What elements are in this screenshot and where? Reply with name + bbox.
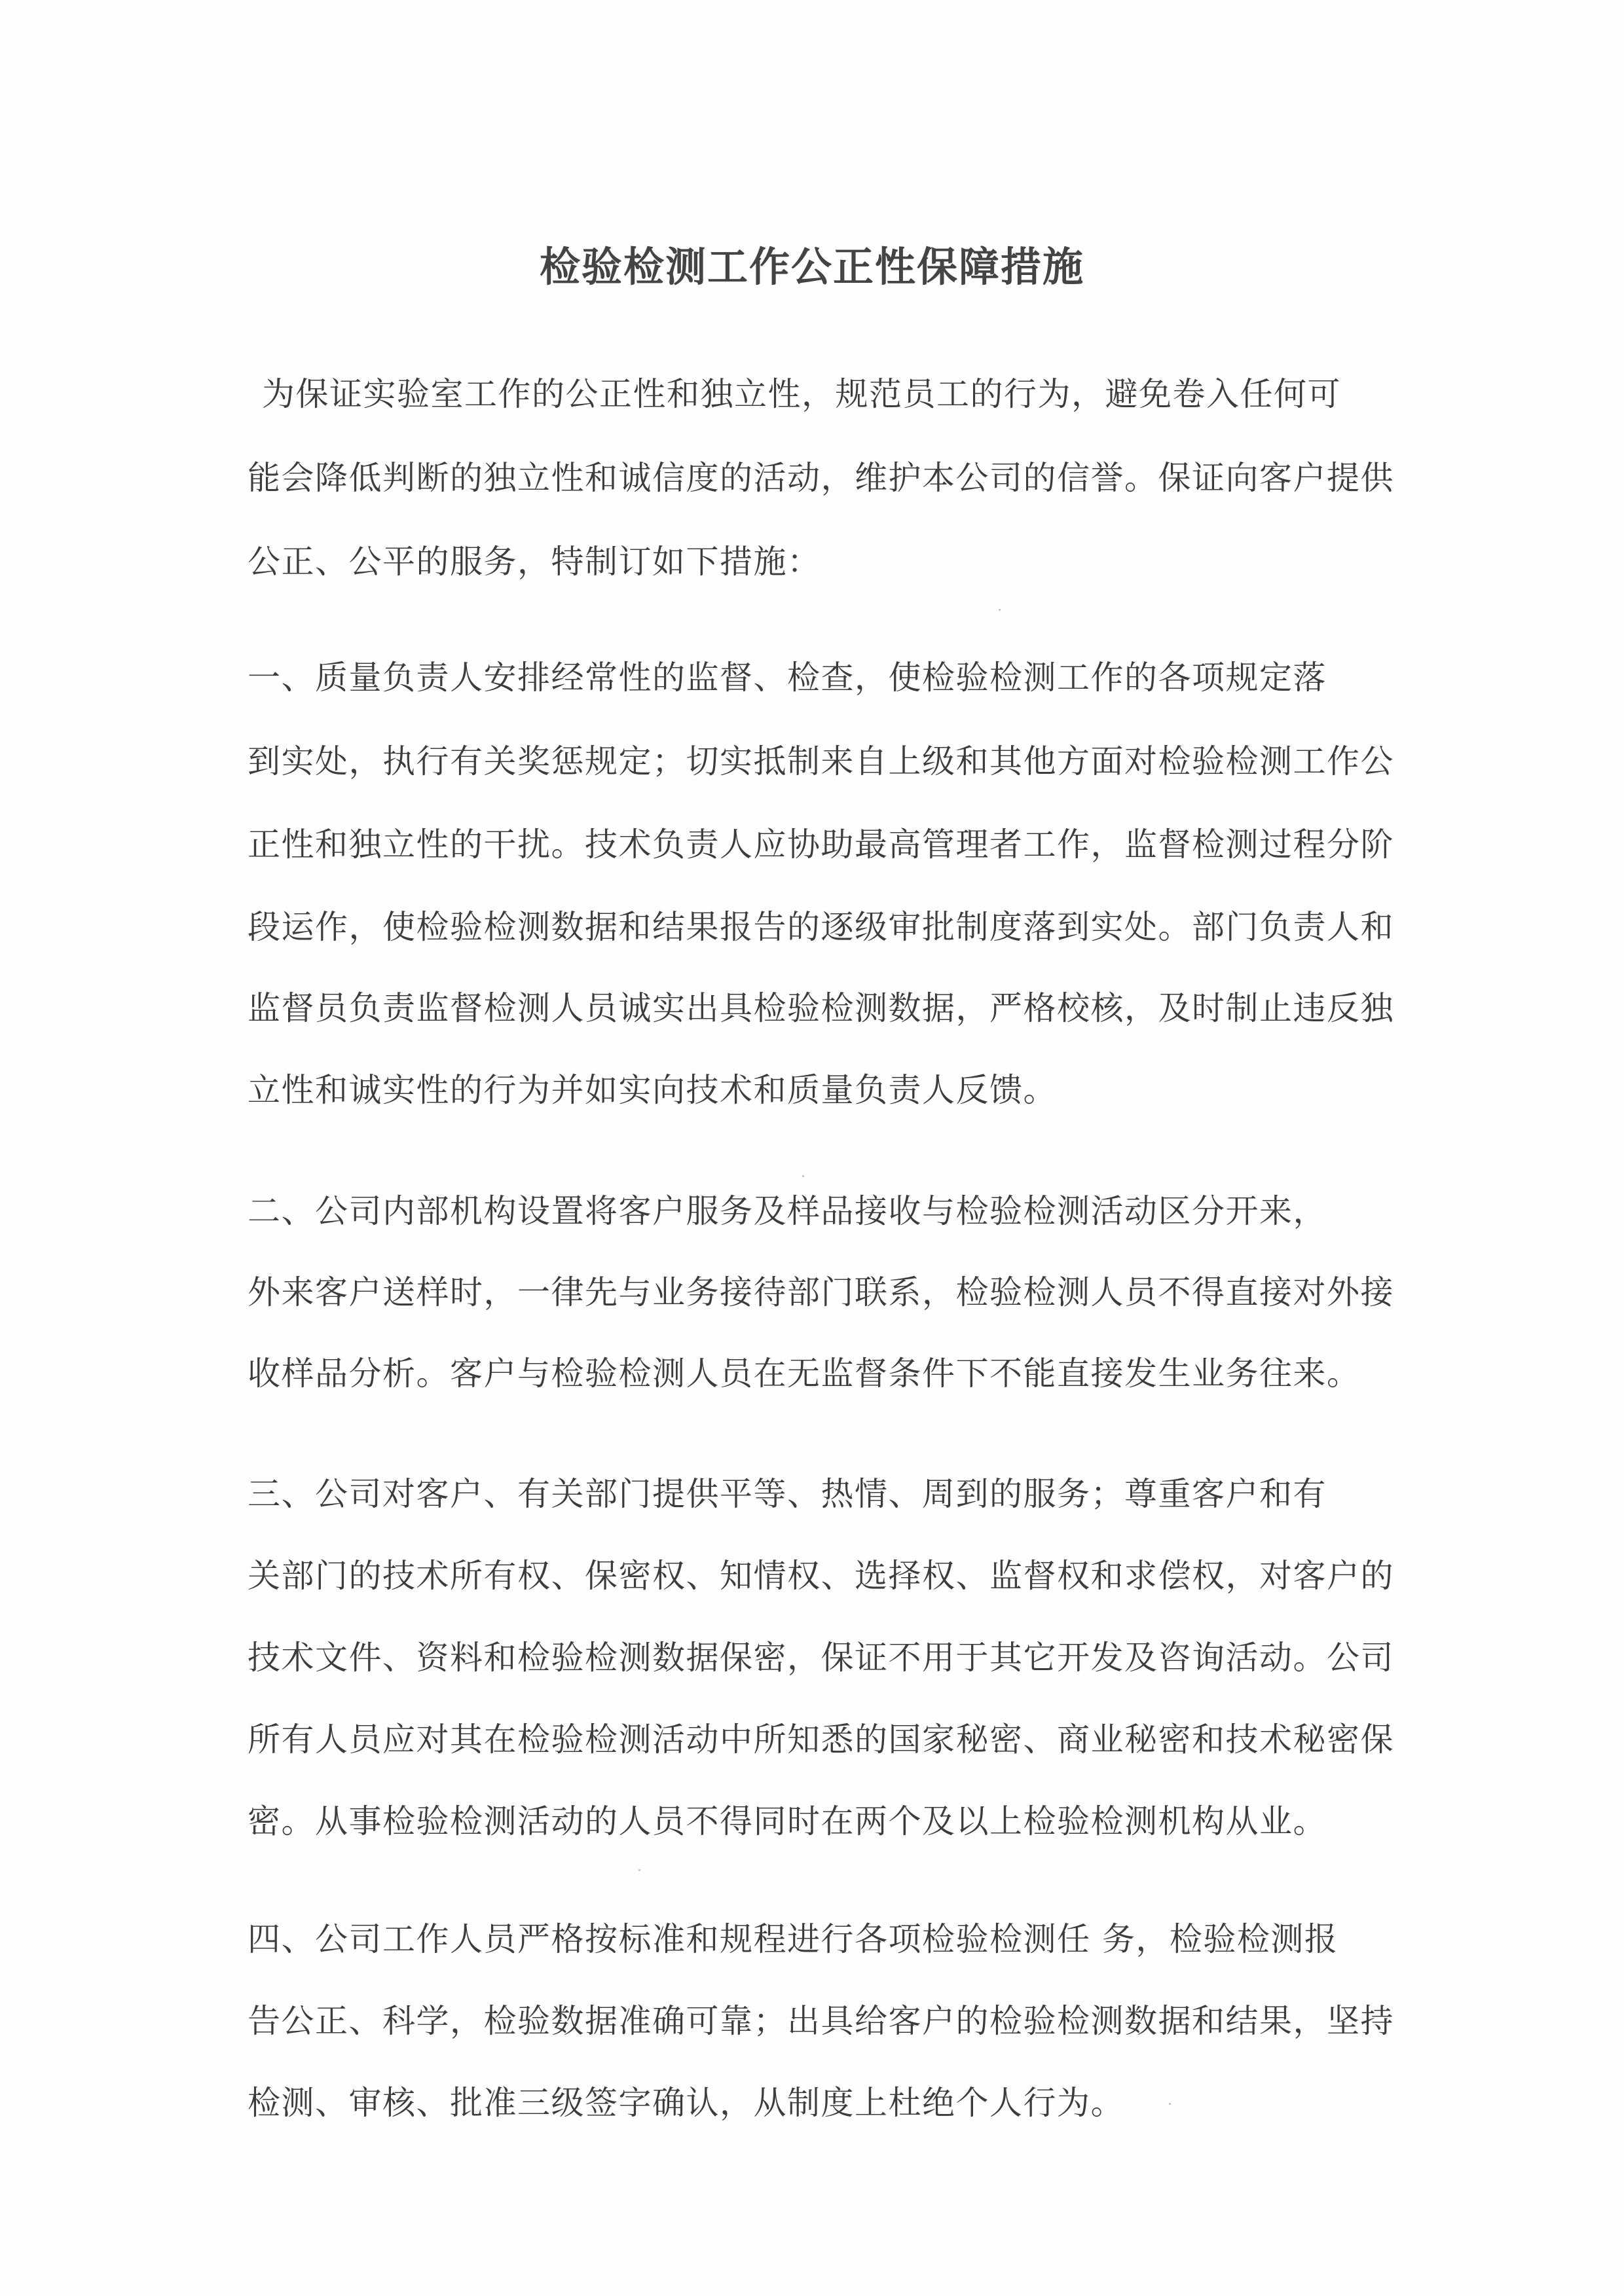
section-line: 监督员负责监督检测人员诚实出具检验检测数据，严格校核，及时制止违反独 <box>248 987 1394 1029</box>
section-line: 关部门的技术所有权、保密权、知情权、选择权、监督权和求偿权，对客户的 <box>248 1555 1394 1597</box>
section-line: 到实处，执行有关奖惩规定；切实抵制来自上级和其他方面对检验检测工作公 <box>248 740 1394 782</box>
intro-line: 能会降低判断的独立性和诚信度的活动，维护本公司的信誉。保证向客户提供 <box>248 457 1394 499</box>
scan-speck <box>802 1175 804 1177</box>
section-line: 所有人员应对其在检验检测活动中所知悉的国家秘密、商业秘密和技术秘密保 <box>248 1719 1394 1760</box>
section-line: 立性和诚实性的行为并如实向技术和质量负责人反馈。 <box>248 1069 1057 1111</box>
section-line: 正性和独立性的干扰。技术负责人应协助最高管理者工作，监督检测过程分阶 <box>248 824 1394 866</box>
section-line: 外来客户送样时，一律先与业务接待部门联系，检验检测人员不得直接对外接 <box>248 1271 1394 1313</box>
intro-line: 为保证实验室工作的公正性和独立性，规范员工的行为，避免卷入任何可 <box>262 373 1341 415</box>
section-line: 技术文件、资料和检验检测数据保密，保证不用于其它开发及咨询活动。公司 <box>248 1637 1394 1679</box>
scan-speck <box>638 1869 640 1871</box>
section-line: 四、公司工作人员严格按标准和规程进行各项检验检测任 务，检验检测报 <box>248 1918 1338 1960</box>
document-title: 检验检测工作公正性保障措施 <box>0 241 1624 293</box>
scan-speck <box>999 609 1001 611</box>
section-line: 检测、审核、批准三级签字确认，从制度上杜绝个人行为。 <box>248 2082 1124 2124</box>
section-line: 告公正、科学，检验数据准确可靠；出具给客户的检验检测数据和结果，坚持 <box>248 2000 1394 2042</box>
section-line: 二、公司内部机构设置将客户服务及样品接收与检验检测活动区分开来， <box>248 1190 1327 1232</box>
document-page: 检验检测工作公正性保障措施 为保证实验室工作的公正性和独立性，规范员工的行为，避… <box>0 0 1624 2296</box>
scan-speck <box>1169 2103 1171 2105</box>
section-line: 一、质量负责人安排经常性的监督、检查，使检验检测工作的各项规定落 <box>248 657 1327 699</box>
intro-line: 公正、公平的服务，特制订如下措施： <box>248 541 821 583</box>
section-line: 密。从事检验检测活动的人员不得同时在两个及以上检验检测机构从业。 <box>248 1800 1327 1842</box>
section-line: 段运作，使检验检测数据和结果报告的逐级审批制度落到实处。部门负责人和 <box>248 906 1394 948</box>
section-line: 三、公司对客户、有关部门提供平等、热情、周到的服务；尊重客户和有 <box>248 1473 1327 1515</box>
section-line: 收样品分析。客户与检验检测人员在无监督条件下不能直接发生业务往来。 <box>248 1353 1361 1394</box>
